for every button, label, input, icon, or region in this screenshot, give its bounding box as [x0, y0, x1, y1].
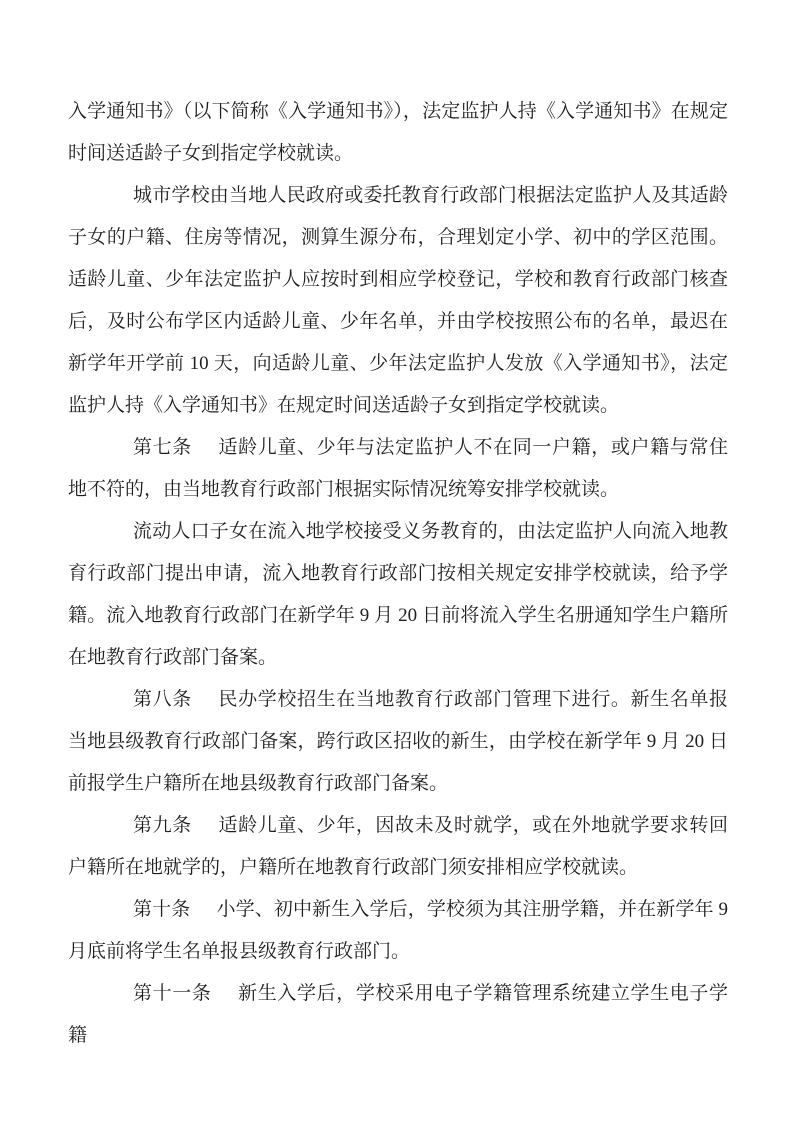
document-text-block: 入学通知书》（以下简称《入学通知书》），法定监护人持《入学通知书》在规定时间送适…	[68, 91, 728, 1057]
para-article-10: 第十条小学、初中新生入学后，学校须为其注册学籍，并在新学年 9 月底前将学生名单…	[68, 889, 728, 973]
article-8-number: 第八条	[133, 689, 192, 710]
para-article-9: 第九条适龄儿童、少年，因故未及时就学，或在外地就学要求转回户籍所在地就学的，户籍…	[68, 805, 728, 889]
document-page: 入学通知书》（以下简称《入学通知书》），法定监护人持《入学通知书》在规定时间送适…	[0, 0, 793, 1122]
para-article-7: 第七条适龄儿童、少年与法定监护人不在同一户籍，或户籍与常住地不符的，由当地教育行…	[68, 427, 728, 511]
article-10-number: 第十条	[133, 899, 190, 920]
para-city-schools: 城市学校由当地人民政府或委托教育行政部门根据法定监护人及其适龄子女的户籍、住房等…	[68, 175, 728, 427]
para-text: 城市学校由当地人民政府或委托教育行政部门根据法定监护人及其适龄子女的户籍、住房等…	[68, 185, 728, 416]
para-article-11: 第十一条新生入学后，学校采用电子学籍管理系统建立学生电子学籍	[68, 973, 728, 1057]
para-article-8: 第八条民办学校招生在当地教育行政部门管理下进行。新生名单报当地县级教育行政部门备…	[68, 679, 728, 805]
article-9-number: 第九条	[133, 815, 192, 836]
para-text: 入学通知书》（以下简称《入学通知书》），法定监护人持《入学通知书》在规定时间送适…	[68, 101, 728, 164]
para-continuation: 入学通知书》（以下简称《入学通知书》），法定监护人持《入学通知书》在规定时间送适…	[68, 91, 728, 175]
para-text: 流动人口子女在流入地学校接受义务教育的，由法定监护人向流入地教育行政部门提出申请…	[68, 521, 728, 668]
article-7-number: 第七条	[133, 437, 192, 458]
para-migrant-children: 流动人口子女在流入地学校接受义务教育的，由法定监护人向流入地教育行政部门提出申请…	[68, 511, 728, 679]
article-11-number: 第十一条	[133, 983, 211, 1004]
